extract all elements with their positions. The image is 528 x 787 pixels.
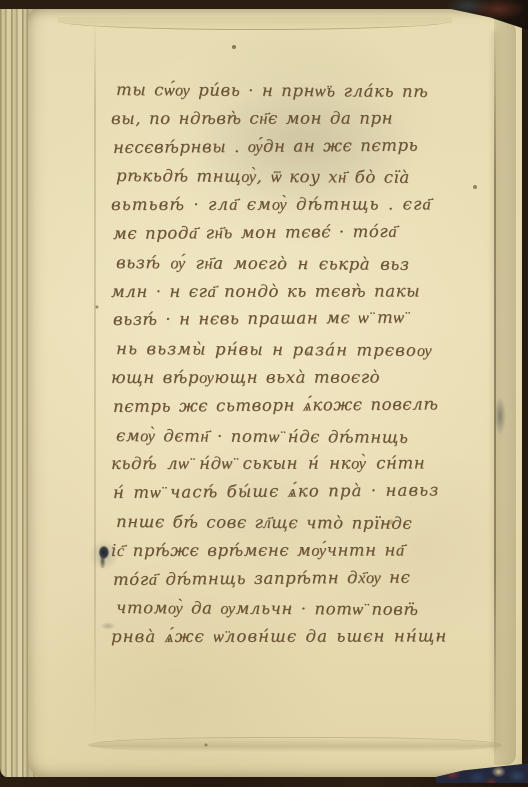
manuscript-line: то́га҃ дѣ́тнщь запрѣ́тн дх҃ѹ нє	[110, 563, 462, 595]
pencil-smudge	[100, 622, 116, 630]
page-left-fold-line	[94, 18, 96, 737]
ink-blot	[94, 544, 112, 568]
manuscript-line: пєтрь жє сьтворн ѧ́кожє повєлѣ	[110, 390, 462, 422]
manuscript-line: нєсєвѣ́рнвы . ѹ́дн ан жє пєтрь	[110, 131, 462, 163]
manuscript-line: іс҃ прѣ́жє врѣ́мєнє мѹ́чнтн на҃	[110, 536, 462, 565]
page-top-edge	[58, 17, 452, 30]
manuscript-text: ты сѡ́ѹ ри́вь · н прнѡ̈ь гла́кь пѣвы, по…	[110, 76, 462, 652]
manuscript-line: н́ тѡ̈ часѣ́ бы́шє ѧ́ко пра̀ · навьз	[110, 476, 462, 508]
manuscript-photo: ты сѡ́ѹ ри́вь · н прнѡ̈ь гла́кь пѣвы, по…	[0, 0, 528, 787]
manuscript-line: ємѹ̀ дєтн҃ · потѡ̈ н́дє дѣ́тнщь	[110, 422, 462, 453]
manuscript-line: чтомѹ̀ да ѹмльчн · потѡ̈ повѣ̈	[110, 594, 462, 625]
manuscript-line: рѣкьдѣ́ тнщѹ̀, ѿ коу хн҃ бо̀ сїа̀	[110, 162, 462, 193]
page-bottom-edge	[88, 737, 502, 753]
manuscript-line: вьзѣ́ · н нєвь прашан мє ѡ̈ тѡ̈	[110, 304, 462, 336]
manuscript-line: ющн вѣ́рѹющн вьха̀ твоєго̀	[110, 363, 462, 392]
manuscript-line: мє прода҃ гн҃ь мон тєвє́ · то́га҃	[110, 217, 462, 249]
manuscript-line: вы, по ндѣвѣ̀ сн҃є мон да прн	[110, 104, 462, 133]
manuscript-line: рнва̀ ѧ́жє ѡ̈ловн́шє да ьшєн нн́щн	[110, 623, 462, 652]
manuscript-line: кьдѣ́ лѡ̈ н́дѡ̈ ськын н́ нкѹ̀ сн́тн	[110, 450, 462, 479]
manuscript-line: вьтьвѣ́ · гла҃ ємѹ̀ дѣ́тнщь . єга҃	[110, 191, 462, 220]
manuscript-line: ты сѡ́ѹ ри́вь · н прнѡ̈ь гла́кь пѣ	[110, 76, 462, 107]
manuscript-line: пншє бѣ́ совє гл҃щє что̀ прїндє	[110, 508, 462, 539]
manuscript-line: вьзѣ́ ѹ́ гн҃а моєго̀ н єькра̀ вьз	[110, 249, 462, 280]
manuscript-line: млн · н єга҃ пондо̀ кь тєвѣ̀ пакы	[110, 277, 462, 306]
gutter-ink-smudge	[492, 388, 508, 444]
manuscript-line: нь вьзмы̀ рн́вы н раза́н трєвоѹ	[110, 335, 462, 366]
